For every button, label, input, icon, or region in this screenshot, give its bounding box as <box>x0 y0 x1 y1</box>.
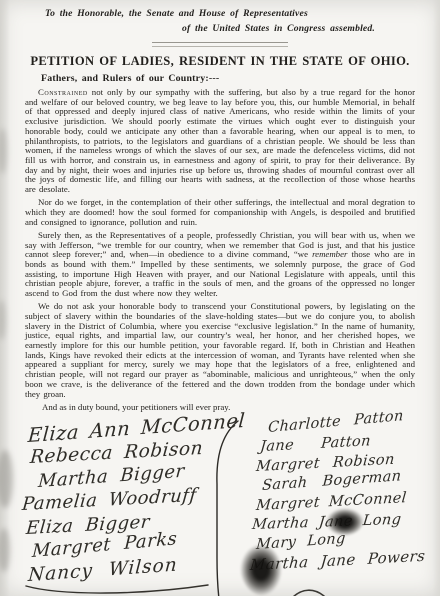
decorative-rule <box>152 42 288 47</box>
salutation-line-2: of the United States in Congress assembl… <box>25 23 415 34</box>
petition-document-page: To the Honorable, the Senate and House o… <box>0 0 440 596</box>
petition-title: PETITION OF LADIES, RESIDENT IN THE STAT… <box>25 54 415 69</box>
petition-paragraph: Constrained not only by our sympathy wit… <box>25 88 415 195</box>
cutoff-signature-stroke <box>288 586 328 596</box>
scan-smudge <box>0 300 6 340</box>
petition-paragraph: Nor do we forget, in the contemplation o… <box>25 198 415 227</box>
petition-paragraph: We do not ask your honorable body to tra… <box>25 302 415 399</box>
salutation-block: To the Honorable, the Senate and House o… <box>25 8 415 34</box>
petition-paragraph: Surely then, as the Representatives of a… <box>25 231 415 299</box>
scan-smudge <box>0 128 7 174</box>
paragraph-text: not only by our sympathy with the suffer… <box>25 87 415 194</box>
paragraph-text: remember <box>312 249 347 259</box>
signatures-section: Eliza Ann McConnelRebecca RobisonMartha … <box>0 416 440 596</box>
signature-column-right: Charlotte PattonJane PattonMargret Robis… <box>248 420 438 576</box>
paragraph-text: Constrained <box>38 87 88 97</box>
scan-smudge <box>0 450 13 508</box>
petition-heading: Fathers, and Rulers of our Country:--- <box>41 73 415 84</box>
signature-column-left: Eliza Ann McConnelRebecca RobisonMartha … <box>18 424 228 589</box>
paragraph-text: We do not ask your honorable body to tra… <box>25 301 415 398</box>
petition-body: Constrained not only by our sympathy wit… <box>25 88 415 399</box>
paragraph-text: Nor do we forget, in the contemplation o… <box>25 197 415 226</box>
scan-smudge <box>0 528 10 572</box>
salutation-line-1: To the Honorable, the Senate and House o… <box>25 8 415 19</box>
